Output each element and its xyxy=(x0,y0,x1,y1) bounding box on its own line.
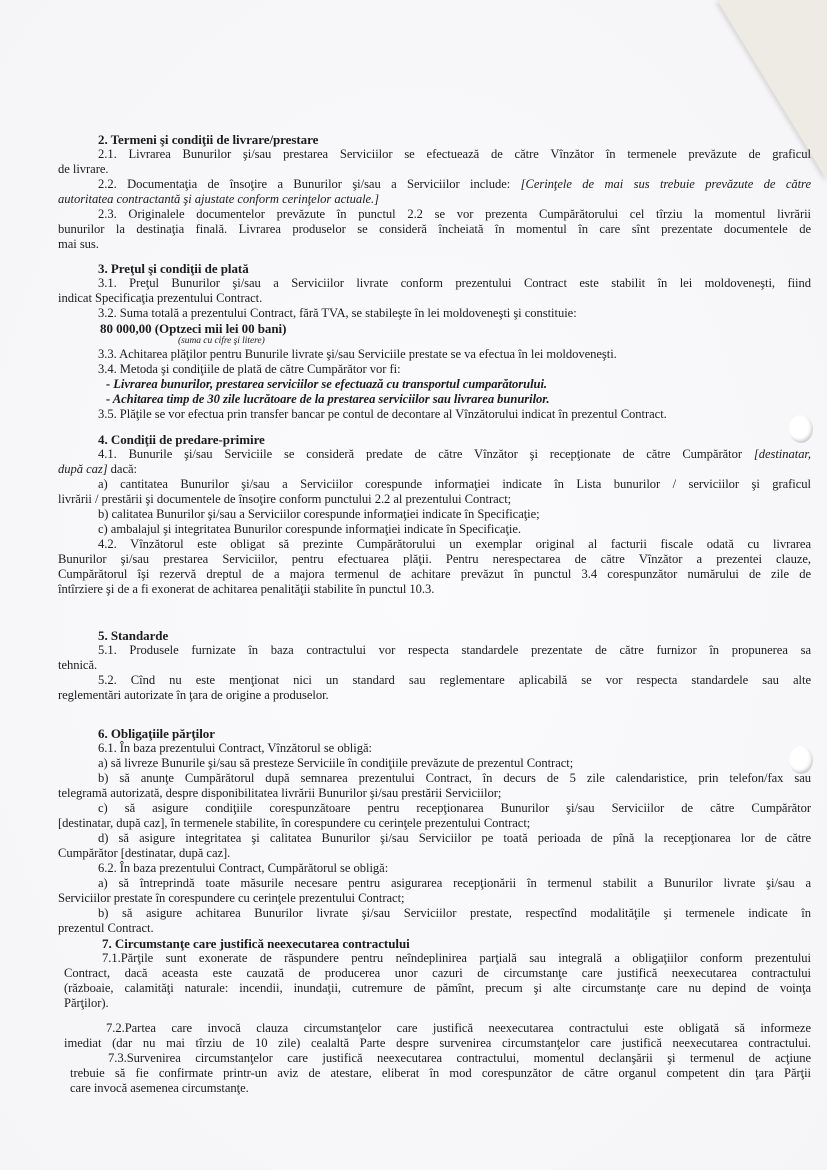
clause-3-1-line1: 3.1. Preţul Bunurilor şi/sau a Serviciil… xyxy=(98,276,811,291)
clause-3-4: 3.4. Metoda şi condiţiile de plată de că… xyxy=(98,362,401,377)
clause-4-1-line1: 4.1. Bunurile şi/sau Serviciile se consi… xyxy=(98,447,811,462)
clause-2-3-line1: 2.3. Originalele documentelor prevăzute … xyxy=(98,207,811,222)
clause-6-2-b-line1: b) să asigure achitarea Bunurilor livrat… xyxy=(98,906,811,921)
clause-4-1-note-end: după caz] xyxy=(58,462,108,476)
clause-4-1-note: [destinatar, xyxy=(754,447,811,461)
clause-5-2-line1: 5.2. Cînd nu este menţionat nici un stan… xyxy=(98,673,811,688)
clause-5-1-line2: tehnică. xyxy=(58,658,97,673)
clause-6-1-a: a) să livreze Bunurile şi/sau să prestez… xyxy=(98,756,573,771)
section-heading-3: 3. Preţul şi condiţii de plată xyxy=(98,261,249,276)
clause-7-3-line2: trebuie să fie confirmate printr-un aviz… xyxy=(70,1066,811,1081)
clause-4-1-b: b) calitatea Bunurilor şi/sau a Servicii… xyxy=(98,507,540,522)
clause-7-2-line2: imediat (dar nu mai tîrziu de 10 zile) c… xyxy=(64,1036,811,1051)
clause-3-3: 3.3. Achitarea plăţilor pentru Bunurile … xyxy=(98,347,617,362)
clause-6-2-a-line2: Serviciilor prestate în corespundere cu … xyxy=(58,891,404,906)
punch-hole-bottom xyxy=(789,746,813,774)
clause-6-2: 6.2. În baza prezentului Contract, Cumpă… xyxy=(98,861,388,876)
clause-4-1-line2: după caz] dacă: xyxy=(58,462,137,477)
clause-2-2-note: [Cerinţele de mai sus trebuie prevăzute … xyxy=(521,177,811,191)
punch-hole-top xyxy=(789,415,813,443)
contract-total-amount: 80 000,00 (Optzeci mii lei 00 bani) xyxy=(100,321,286,336)
clause-6-1: 6.1. În baza prezentului Contract, Vînză… xyxy=(98,741,372,756)
clause-6-2-a-line1: a) să întreprindă toate măsurile necesar… xyxy=(98,876,811,891)
clause-6-1-c-line2: [destinatar, după caz], în termenele sta… xyxy=(58,816,530,831)
section-heading-2: 2. Termeni şi condiţii de livrare/presta… xyxy=(98,132,318,147)
clause-2-3-line2: bunurilor la destinaţia finală. Livrarea… xyxy=(58,222,811,237)
clause-6-2-b-line2: prezentul Contract. xyxy=(58,921,154,936)
section-heading-7: 7. Circumstanţe care justifică neexecuta… xyxy=(102,936,410,951)
clause-7-3-line3: care invocă asemenea circumstanţe. xyxy=(70,1081,249,1096)
scanned-page: 2. Termeni şi condiţii de livrare/presta… xyxy=(0,0,827,1170)
clause-6-1-d-line2: Cumpărător [destinatar, după caz]. xyxy=(58,846,230,861)
clause-6-1-b-line2: telegramă autorizată, despre disponibili… xyxy=(58,786,501,801)
payment-condition-1: - Livrarea bunurilor, prestarea servicii… xyxy=(106,377,547,392)
clause-2-2-line2: autoritatea contractantă şi ajustate con… xyxy=(58,192,379,207)
amount-note: (suma cu cifre şi litere) xyxy=(178,336,265,347)
section-heading-6: 6. Obligaţiile părţilor xyxy=(98,726,215,741)
section-heading-5: 5. Standarde xyxy=(98,628,168,643)
clause-2-2-text: 2.2. Documentaţia de însoţire a Bunurilo… xyxy=(98,177,521,191)
clause-7-3-line1: 7.3.Survenirea circumstanţelor care just… xyxy=(108,1051,811,1066)
clause-4-1-end: dacă: xyxy=(108,462,137,476)
clause-3-2: 3.2. Suma totală a prezentului Contract,… xyxy=(98,306,577,321)
clause-2-3-line3: mai sus. xyxy=(58,237,99,252)
clause-3-5: 3.5. Plăţile se vor efectua prin transfe… xyxy=(98,407,667,422)
clause-4-1-c: c) ambalajul şi integritatea Bunurilor c… xyxy=(98,522,521,537)
payment-condition-2: - Achitarea timp de 30 zile lucrătoare d… xyxy=(106,392,550,407)
clause-3-1-line2: indicat Specificaţia prezentului Contrac… xyxy=(58,291,262,306)
clause-4-2-line4: întîrziere şi de a fi exonerat de achita… xyxy=(58,582,434,597)
clause-6-1-d-line1: d) să asigure integritatea şi calitatea … xyxy=(98,831,811,846)
clause-5-2-line2: reglementări autorizate în ţara de origi… xyxy=(58,688,329,703)
clause-4-1-text: 4.1. Bunurile şi/sau Serviciile se consi… xyxy=(98,447,754,461)
clause-4-2-line2: Bunurilor şi/sau prestarea Serviciilor, … xyxy=(58,552,811,567)
clause-5-1-line1: 5.1. Produsele furnizate în baza contrac… xyxy=(98,643,811,658)
clause-2-1-line2: de livrare. xyxy=(58,162,109,177)
clause-7-2-line1: 7.2.Partea care invocă clauza circumstan… xyxy=(106,1021,811,1036)
section-heading-4: 4. Condiţii de predare-primire xyxy=(98,432,265,447)
clause-4-2-line1: 4.2. Vînzătorul este obligat să prezinte… xyxy=(98,537,811,552)
clause-6-1-c-line1: c) să asigure condiţiile corespunzătoare… xyxy=(98,801,811,816)
clause-7-1-line1: 7.1.Părţile sunt exonerate de răspundere… xyxy=(102,951,811,966)
clause-2-2-line1: 2.2. Documentaţia de însoţire a Bunurilo… xyxy=(98,177,811,192)
clause-4-1-a-line1: a) cantitatea Bunurilor şi/sau a Servici… xyxy=(98,477,811,492)
clause-2-1-line1: 2.1. Livrarea Bunurilor şi/sau prestarea… xyxy=(98,147,811,162)
clause-4-1-a-line2: livrării / prestării şi documentele de î… xyxy=(58,492,511,507)
clause-7-1-line3: (războaie, calamităţi naturale: incendii… xyxy=(64,981,811,996)
clause-4-2-line3: Cumpărătorul îşi rezervă dreptul de a ma… xyxy=(58,567,811,582)
clause-7-1-line2: Contract, dacă aceasta este cauzată de p… xyxy=(64,966,811,981)
clause-6-1-b-line1: b) să anunţe Cumpărătorul după semnarea … xyxy=(98,771,811,786)
clause-7-1-line4: Părţilor). xyxy=(64,996,109,1011)
